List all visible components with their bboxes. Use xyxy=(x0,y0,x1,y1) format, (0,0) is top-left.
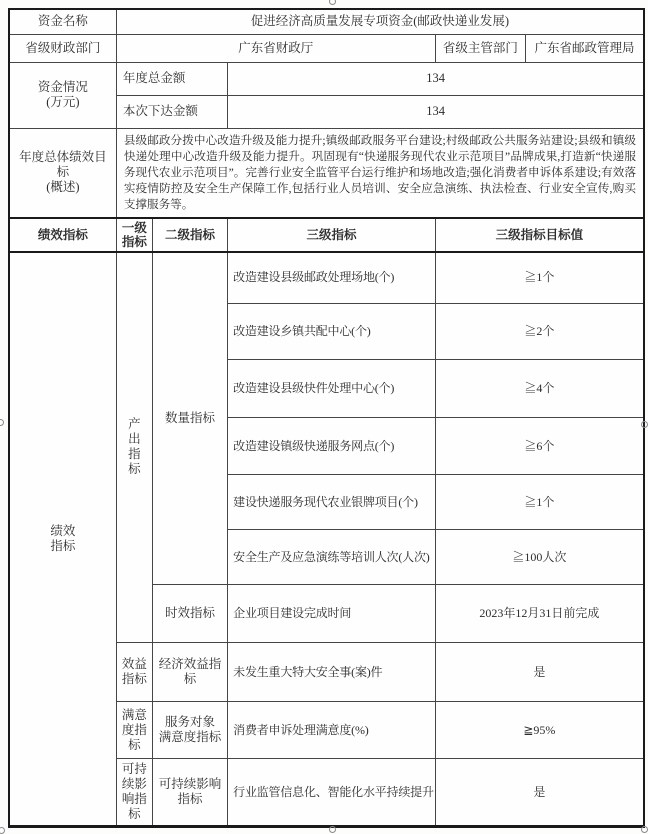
output-indicator-label: 产 出 指 标 xyxy=(116,252,152,643)
fund-name-label: 资金名称 xyxy=(9,9,116,34)
current-grant-label: 本次下达金额 xyxy=(116,95,227,128)
level3-indicator: 建设快递服务现代农业银牌项目(个) xyxy=(228,475,436,530)
target-value: ≧4个 xyxy=(435,360,644,418)
department-row: 省级财政部门 广东省财政厅 省级主管部门 广东省邮政管理局 xyxy=(9,34,644,62)
annual-total-label: 年度总金额 xyxy=(116,62,227,95)
document-page: 资金名称 促进经济高质量发展专项资金(邮政快递业发展) 省级财政部门 广东省财政… xyxy=(0,0,648,834)
header-performance: 绩效指标 xyxy=(9,218,116,252)
level3-indicator: 消费者申诉处理满意度(%) xyxy=(228,702,436,759)
level3-indicator: 改造建设镇级快递服务网点(个) xyxy=(228,418,436,475)
level3-indicator: 安全生产及应急演练等培训人次(人次) xyxy=(228,530,436,585)
economic-benefit-label: 经济效益指 标 xyxy=(152,643,227,702)
indicator-header-row: 绩效指标 一级 指标 二级指标 三级指标 三级指标目标值 xyxy=(9,218,644,252)
registration-mark xyxy=(641,826,648,833)
registration-mark xyxy=(329,826,336,833)
fund-name-row: 资金名称 促进经济高质量发展专项资金(邮政快递业发展) xyxy=(9,9,644,34)
benefit-indicator-label: 效益 指标 xyxy=(116,643,152,702)
header-level2: 二级指标 xyxy=(152,218,227,252)
sustainability-level2-label: 可持续影响 指标 xyxy=(152,759,227,827)
annual-amount-row: 资金情况 (万元) 年度总金额 134 xyxy=(9,62,644,95)
supervisor-label: 省级主管部门 xyxy=(435,34,525,62)
level3-indicator: 改造建设乡镇共配中心(个) xyxy=(228,304,436,360)
supervisor-value: 广东省邮政管理局 xyxy=(526,34,644,62)
quantity-indicator-label: 数量指标 xyxy=(152,252,227,585)
registration-mark xyxy=(0,827,5,834)
target-value: ≧100人次 xyxy=(435,530,644,585)
finance-dept-label: 省级财政部门 xyxy=(9,34,116,62)
header-target: 三级指标目标值 xyxy=(435,218,644,252)
target-value: ≧1个 xyxy=(435,252,644,304)
header-level1: 一级 指标 xyxy=(116,218,152,252)
quantity-row: 绩效 指标 产 出 指 标 数量指标 改造建设县级邮政处理场地(个) ≧1个 xyxy=(9,252,644,304)
performance-target-table: 资金名称 促进经济高质量发展专项资金(邮政快递业发展) 省级财政部门 广东省财政… xyxy=(8,8,645,828)
level3-indicator: 行业监管信息化、智能化水平持续提升 xyxy=(228,759,436,827)
finance-dept-value: 广东省财政厅 xyxy=(116,34,435,62)
level3-indicator: 改造建设县级快件处理中心(个) xyxy=(228,360,436,418)
overview-label: 年度总体绩效目标 (概述) xyxy=(9,128,116,218)
target-value: ≧1个 xyxy=(435,475,644,530)
registration-mark xyxy=(329,0,336,5)
target-value: ≧2个 xyxy=(435,304,644,360)
annual-total-value: 134 xyxy=(228,62,644,95)
overview-text: 县级邮政分拨中心改造升级及能力提升;镇级邮政服务平台建设;村级邮政公共服务站建设… xyxy=(116,128,644,218)
timeliness-indicator-label: 时效指标 xyxy=(152,585,227,643)
target-value: 是 xyxy=(435,643,644,702)
header-level3: 三级指标 xyxy=(228,218,436,252)
current-grant-value: 134 xyxy=(228,95,644,128)
registration-mark xyxy=(0,419,4,426)
performance-group-label: 绩效 指标 xyxy=(9,252,116,827)
satisfaction-indicator-label: 满意 度指 标 xyxy=(116,702,152,759)
sustainability-indicator-label: 可持 续影 响指 标 xyxy=(116,759,152,827)
registration-mark xyxy=(641,421,648,428)
service-satisfaction-label: 服务对象 满意度指标 xyxy=(152,702,227,759)
target-value: 是 xyxy=(435,759,644,827)
level3-indicator: 改造建设县级邮政处理场地(个) xyxy=(228,252,436,304)
level3-indicator: 未发生重大特大安全事(案)件 xyxy=(228,643,436,702)
target-value: ≧95% xyxy=(435,702,644,759)
target-value: ≧6个 xyxy=(435,418,644,475)
target-value: 2023年12月31日前完成 xyxy=(435,585,644,643)
fund-name-value: 促进经济高质量发展专项资金(邮政快递业发展) xyxy=(116,9,644,34)
overview-row: 年度总体绩效目标 (概述) 县级邮政分拨中心改造升级及能力提升;镇级邮政服务平台… xyxy=(9,128,644,218)
amount-section-label: 资金情况 (万元) xyxy=(9,62,116,128)
level3-indicator: 企业项目建设完成时间 xyxy=(228,585,436,643)
